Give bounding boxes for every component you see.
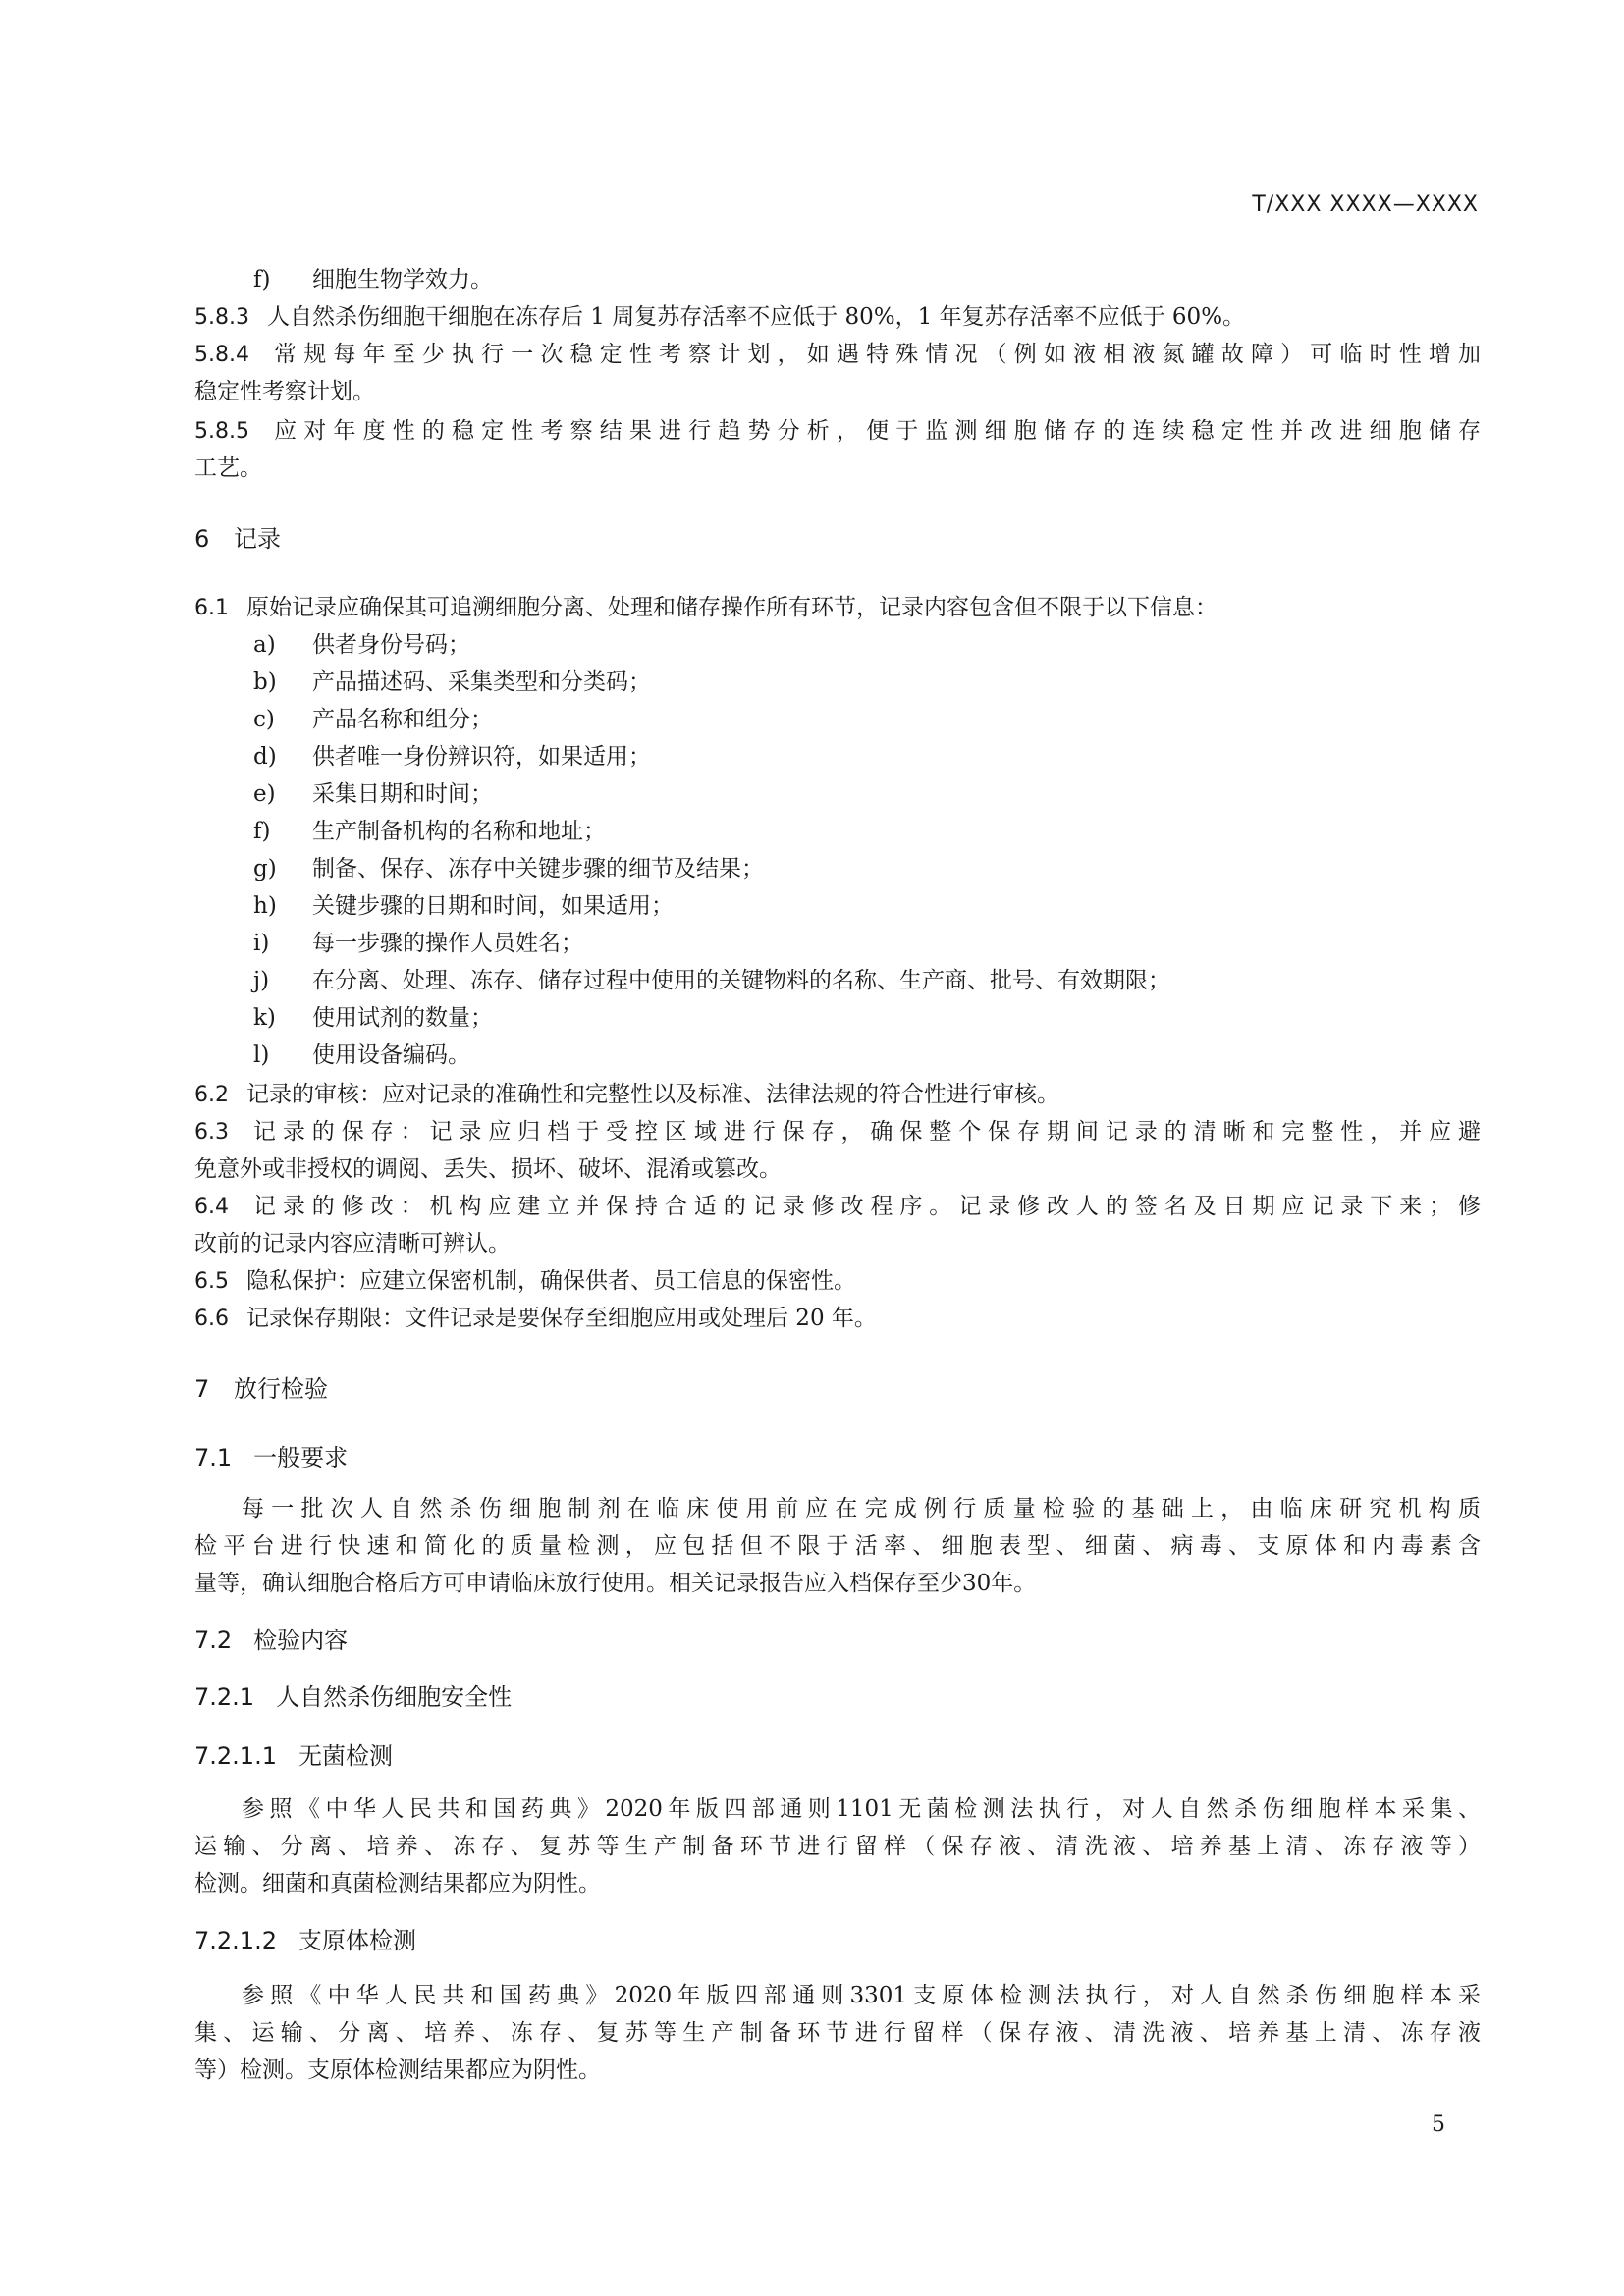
list-item-label: e) [253,775,312,813]
subsection-number: 7.1 [194,1439,232,1476]
clause-number: 6.4 [194,1189,229,1226]
section-title: 记录 [234,525,281,553]
section-number: 6 [194,520,234,558]
list-item-text: 使用试剂的数量； [312,1005,493,1031]
paragraph-line: 每一批次人自然杀伤细胞制剂在临床使用前应在完成例行质量检验的基础上，由临床研究机… [194,1490,1481,1527]
subsection-title: 一般要求 [253,1444,348,1471]
list-item-text: 制备、保存、冻存中关键步骤的细节及结果； [312,856,764,881]
clause-text: 记录的保存：记录应归档于受控区域进行保存，确保整个保存期间记录的清晰和完整性，并… [246,1119,1481,1145]
section-heading-6: 6记录 [194,520,1481,558]
clause-number: 6.5 [194,1263,229,1301]
clause-text: 人自然杀伤细胞干细胞在冻存后 1 周复苏存活率不应低于 80%，1 年复苏存活率… [267,304,1245,330]
list-item-text: 在分离、处理、冻存、储存过程中使用的关键物料的名称、生产商、批号、有效期限； [312,968,1170,993]
list-item-label: k) [253,999,312,1037]
list-item: j)在分离、处理、冻存、储存过程中使用的关键物料的名称、生产商、批号、有效期限； [253,962,1540,999]
clause-number: 5.8.5 [194,413,249,451]
subsection-number: 7.2.1 [194,1679,254,1716]
clause-6-2: 6.2记录的审核：应对记录的准确性和完整性以及标准、法律法规的符合性进行审核。 [194,1076,1481,1114]
clause-number: 6.3 [194,1114,229,1151]
list-item-text: 关键步骤的日期和时间，如果适用； [312,893,674,919]
subsection-heading-7-2-1: 7.2.1人自然杀伤细胞安全性 [194,1679,1481,1716]
clause-text: 隐私保护：应建立保密机制，确保供者、员工信息的保密性。 [246,1268,856,1294]
subsection-title: 无菌检测 [298,1742,393,1770]
list-item: d)供者唯一身份辨识符，如果适用； [253,738,1540,775]
list-item-label: g) [253,850,312,887]
list-item: g)制备、保存、冻存中关键步骤的细节及结果； [253,850,1540,887]
list-item-label: d) [253,738,312,775]
clause-number: 6.1 [194,590,229,627]
list-item-label: c) [253,701,312,738]
clause-6-4: 6.4记录的修改：机构应建立并保持合适的记录修改程序。记录修改人的签名及日期应记… [194,1188,1481,1226]
clause-5-8-5: 5.8.5应对年度性的稳定性考察结果进行趋势分析，便于监测细胞储存的连续稳定性并… [194,412,1481,451]
list-item-text: 产品描述码、采集类型和分类码； [312,669,651,695]
subsection-number: 7.2.1.2 [194,1922,277,1959]
subsection-number: 7.2.1.1 [194,1737,277,1775]
clause-text: 应对年度性的稳定性考察结果进行趋势分析，便于监测细胞储存的连续稳定性并改进细胞储… [267,418,1481,444]
list-item-text: 每一步骤的操作人员姓名； [312,931,583,956]
section-heading-7: 7放行检验 [194,1370,1481,1408]
list-item-label: a) [253,626,312,664]
subsection-heading-7-2-1-1: 7.2.1.1无菌检测 [194,1737,1481,1775]
page-number: 5 [1432,2112,1445,2137]
section-number: 7 [194,1370,234,1408]
subsection-title: 检验内容 [253,1627,348,1654]
subsection-title: 人自然杀伤细胞安全性 [276,1683,512,1711]
subsection-heading-7-2-1-2: 7.2.1.2支原体检测 [194,1922,1481,1959]
clause-6-1: 6.1原始记录应确保其可追溯细胞分离、处理和储存操作所有环节，记录内容包含但不限… [194,589,1481,627]
list-item-text: 供者唯一身份辨识符，如果适用； [312,744,651,770]
paragraph-line: 参照《中华人民共和国药典》2020年版四部通则3301支原体检测法执行，对人自然… [194,1977,1481,2014]
clause-text: 原始记录应确保其可追溯细胞分离、处理和储存操作所有环节，记录内容包含但不限于以下… [246,595,1218,620]
list-item-text: 供者身份号码； [312,632,470,658]
list-item-text: 细胞生物学效力。 [312,267,493,293]
list-item: b)产品描述码、采集类型和分类码； [253,664,1540,701]
clause-5-8-3: 5.8.3人自然杀伤细胞干细胞在冻存后 1 周复苏存活率不应低于 80%，1 年… [194,298,1481,337]
clause-continuation: 稳定性考察计划。 [194,373,1481,410]
clause-number: 6.2 [194,1077,229,1114]
list-item: f)生产制备机构的名称和地址； [253,813,1540,850]
clause-text: 记录保存期限：文件记录是要保存至细胞应用或处理后 20 年。 [246,1306,877,1331]
list-item-label: f) [253,813,312,850]
list-item-label: h) [253,887,312,925]
list-item-label: b) [253,664,312,701]
list-item-label: l) [253,1037,312,1074]
list-item: f)细胞生物学效力。 [253,261,1540,298]
clause-number: 5.8.4 [194,337,249,374]
document-code-header: T/XXX XXXX—XXXX [1252,192,1479,217]
list-item-text: 采集日期和时间； [312,781,493,807]
clause-6-6: 6.6记录保存期限：文件记录是要保存至细胞应用或处理后 20 年。 [194,1300,1481,1338]
clause-text: 记录的修改：机构应建立并保持合适的记录修改程序。记录修改人的签名及日期应记录下来… [246,1194,1481,1219]
paragraph-line: 参照《中华人民共和国药典》2020年版四部通则1101无菌检测法执行，对人自然杀… [194,1790,1481,1828]
clause-number: 6.6 [194,1301,229,1338]
list-item: e)采集日期和时间； [253,775,1540,813]
clause-continuation: 免意外或非授权的调阅、丢失、损坏、破坏、混淆或篡改。 [194,1150,1481,1188]
paragraph-line: 集、运输、分离、培养、冻存、复苏等生产制备环节进行留样（保存液、清洗液、培养基上… [194,2014,1481,2052]
clause-6-5: 6.5隐私保护：应建立保密机制，确保供者、员工信息的保密性。 [194,1262,1481,1301]
list-item-text: 生产制备机构的名称和地址； [312,819,606,844]
clause-number: 5.8.3 [194,299,249,337]
clause-text: 常规每年至少执行一次稳定性考察计划，如遇特殊情况（例如液相液氮罐故障）可临时性增… [267,342,1481,367]
clause-5-8-4: 5.8.4常规每年至少执行一次稳定性考察计划，如遇特殊情况（例如液相液氮罐故障）… [194,336,1481,374]
paragraph-line: 运输、分离、培养、冻存、复苏等生产制备环节进行留样（保存液、清洗液、培养基上清、… [194,1828,1481,1865]
paragraph-line: 量等，确认细胞合格后方可申请临床放行使用。相关记录报告应入档保存至少30年。 [194,1565,1481,1602]
list-item-label: i) [253,925,312,962]
section-title: 放行检验 [234,1375,328,1403]
list-item: a)供者身份号码； [253,626,1540,664]
list-item: h)关键步骤的日期和时间，如果适用； [253,887,1540,925]
subsection-title: 支原体检测 [298,1927,416,1954]
list-item-text: 使用设备编码。 [312,1042,470,1068]
list-item-text: 产品名称和组分； [312,707,493,732]
clause-continuation: 工艺。 [194,450,1481,487]
subsection-heading-7-2: 7.2检验内容 [194,1622,1481,1659]
clause-text: 记录的审核：应对记录的准确性和完整性以及标准、法律法规的符合性进行审核。 [246,1082,1059,1107]
paragraph-line: 检平台进行快速和简化的质量检测，应包括但不限于活率、细胞表型、细菌、病毒、支原体… [194,1527,1481,1565]
list-item-label: j) [253,962,312,999]
list-item: i)每一步骤的操作人员姓名； [253,925,1540,962]
paragraph-line: 检测。细菌和真菌检测结果都应为阴性。 [194,1865,1481,1902]
subsection-number: 7.2 [194,1622,232,1659]
list-item-label: f) [253,261,312,298]
list-item: c)产品名称和组分； [253,701,1540,738]
subsection-heading-7-1: 7.1一般要求 [194,1439,1481,1476]
list-item: k)使用试剂的数量； [253,999,1540,1037]
list-item: l)使用设备编码。 [253,1037,1540,1074]
paragraph-line: 等）检测。支原体检测结果都应为阴性。 [194,2052,1481,2089]
clause-continuation: 改前的记录内容应清晰可辨认。 [194,1225,1481,1262]
clause-6-3: 6.3记录的保存：记录应归档于受控区域进行保存，确保整个保存期间记录的清晰和完整… [194,1113,1481,1151]
